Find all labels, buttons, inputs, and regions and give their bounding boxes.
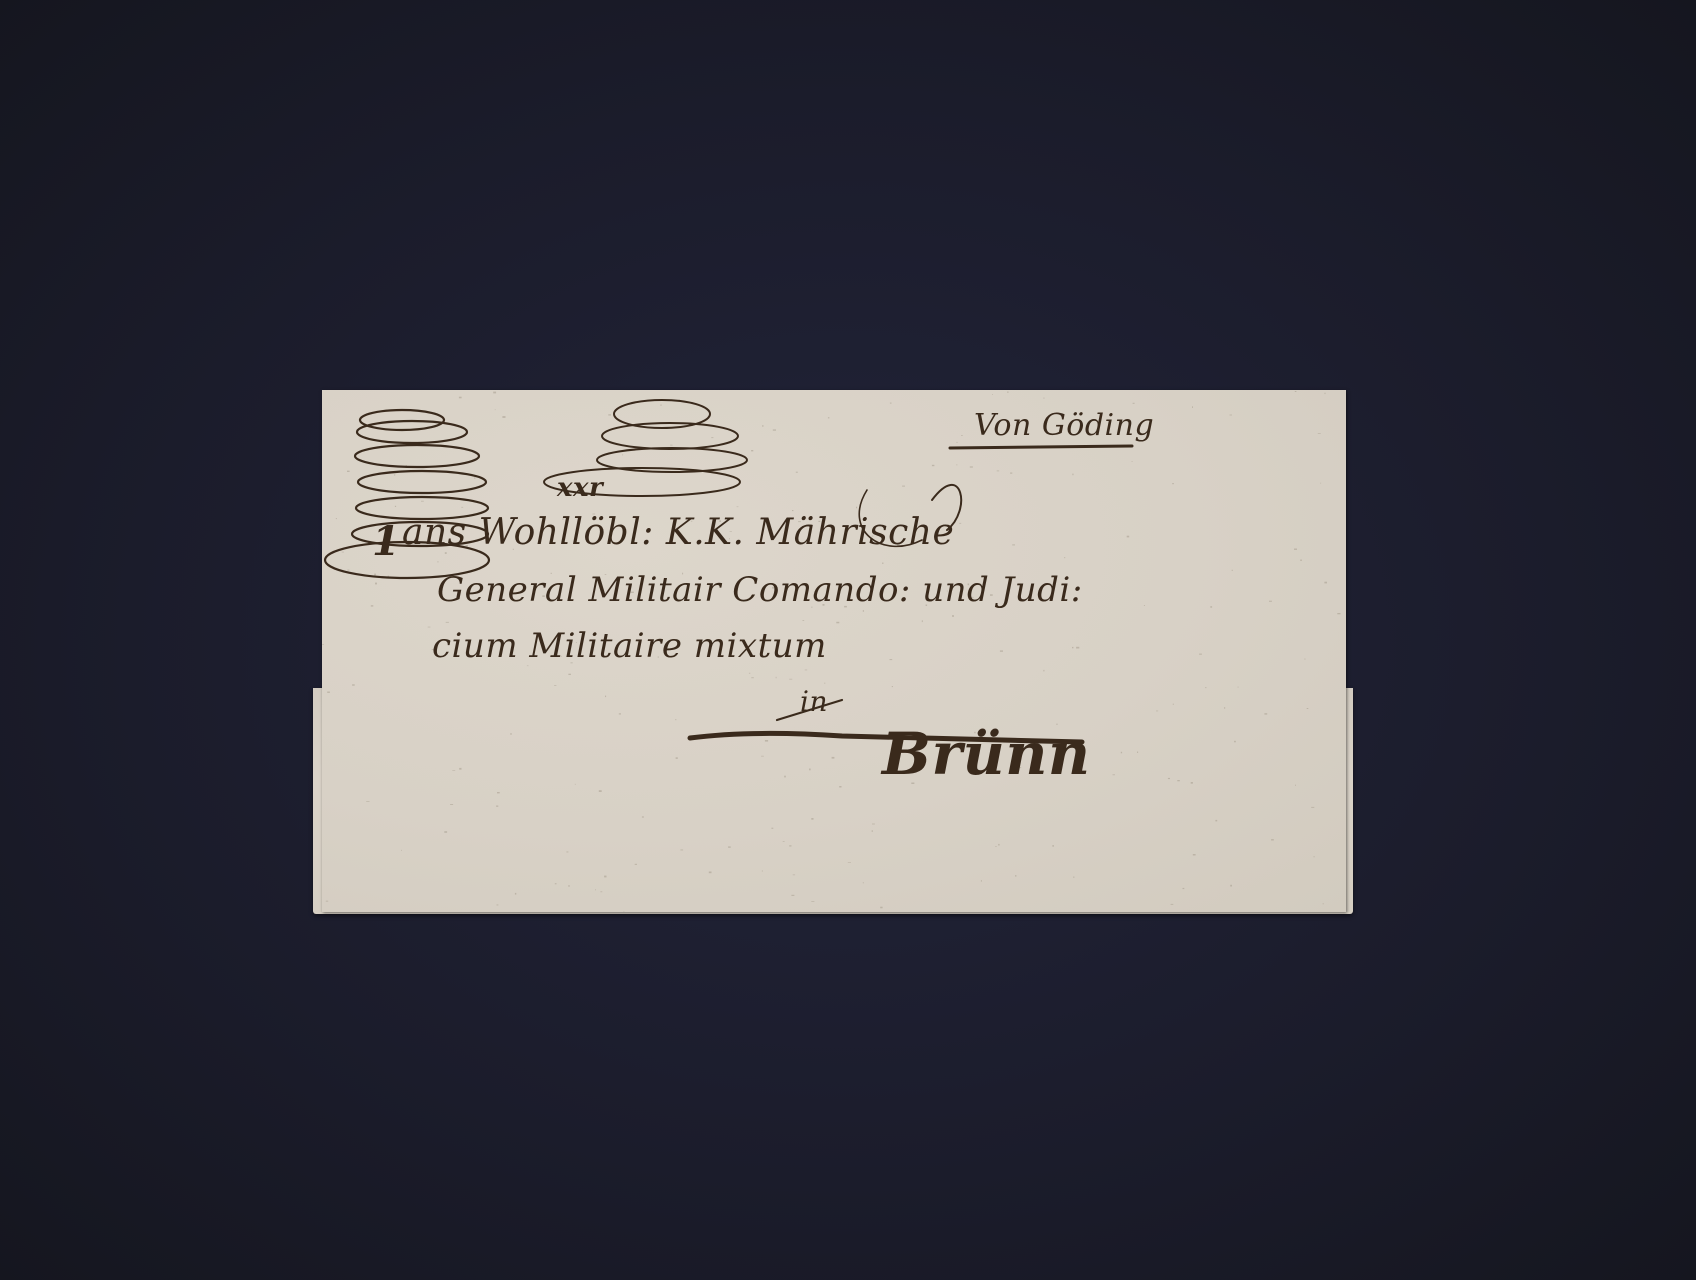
origin-note: Von Göding xyxy=(974,408,1154,443)
address-city: Brünn xyxy=(882,720,1091,788)
postal-numeral-mark: 1 xyxy=(372,518,400,565)
address-line-3: cium Militaire mixtum xyxy=(432,626,827,666)
letter-cover: 1 xxr Von Göding ans Wohllöbl: K.K. Mähr… xyxy=(322,390,1346,912)
photo-scene: 1 xxr Von Göding ans Wohllöbl: K.K. Mähr… xyxy=(0,0,1696,1280)
address-line-2: General Militair Comando: und Judi: xyxy=(437,570,1083,610)
address-line-1: ans Wohllöbl: K.K. Mährische xyxy=(402,512,954,553)
origin-underline xyxy=(950,446,1132,448)
address-preposition: in xyxy=(800,685,828,718)
postal-fee-mark: xxr xyxy=(557,473,603,503)
